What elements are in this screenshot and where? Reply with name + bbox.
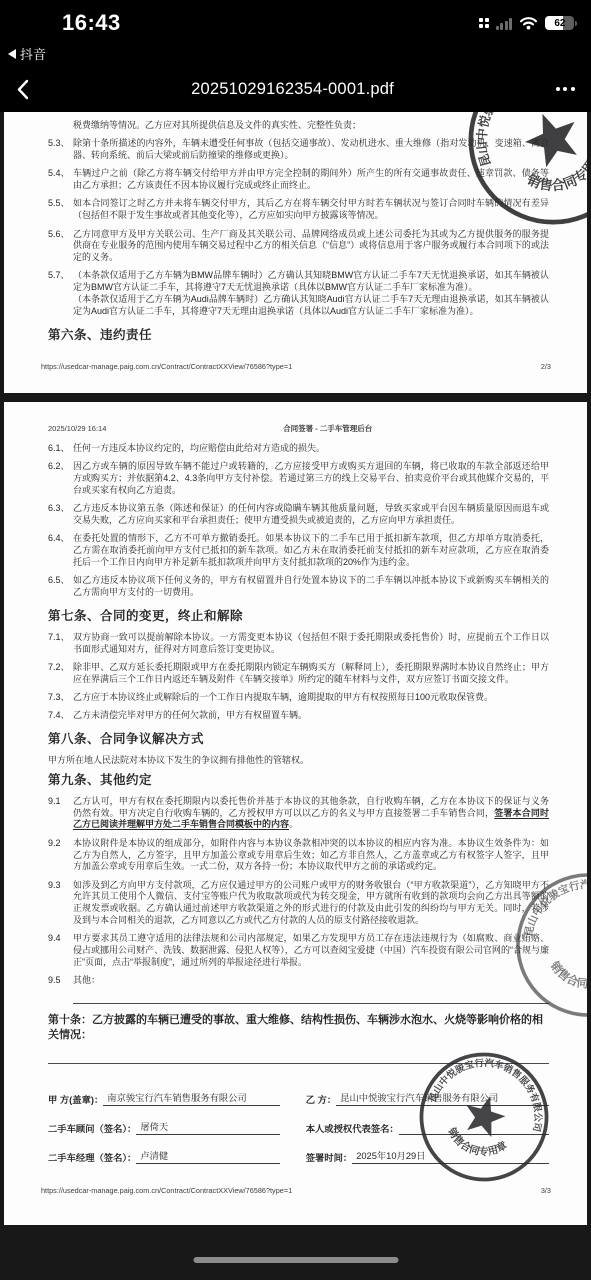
pdf-page-3: 2025/10/29 16:14 合同签署 - 二手车管理后台 6.1、 任何一… — [4, 402, 587, 1225]
ellipsis-icon — [556, 87, 560, 91]
back-triangle-icon — [8, 49, 16, 59]
back-button[interactable] — [0, 66, 46, 112]
clause-7-2: 7.2、 除非甲、乙双方延长委托期限或甲方在委托期限内锁定车辆购买方（解释同上）… — [48, 662, 549, 686]
clause-9-1: 9.1 乙方认可，甲方有权在委托期限内以委托售价并基于本协议的其他条款，自行收购… — [48, 796, 549, 831]
wifi-icon — [519, 16, 538, 30]
pdf-viewer-header: 20251029162354-0001.pdf — [0, 66, 591, 112]
clause-7-1: 7.1、 双方协商一致可以提前解除本协议。一方需变更本协议（包括但不限于委托期限… — [48, 632, 549, 656]
section-7-heading: 第七条、合同的变更，终止和解除 — [48, 608, 549, 624]
manager-row: 二手车经理（签名）： 卢清健 — [48, 1150, 280, 1164]
advisor-signature: 屠倚天 — [136, 1121, 279, 1135]
status-icons: 62 — [479, 16, 577, 30]
back-app-label: 抖音 — [20, 44, 46, 63]
clause-9-3: 9.3 如涉及到乙方向甲方支付款项，乙方应仅通过甲方的公司账户或甲方的财务收银台… — [48, 880, 549, 927]
back-to-app-link[interactable]: 抖音 — [8, 44, 46, 63]
sign-date-row: 签署时间： 2025年10月29日 — [306, 1150, 549, 1164]
clause-5-7: 5.7、 （本条款仅适用于乙方车辆为BMW品牌车辆时）乙方确认其知晓BMW官方认… — [48, 270, 549, 317]
pdf-scroll-area[interactable]: 税费缴纳等情况。乙方应对其所提供信息及文件的真实性、完整性负责； 5.3、 除第… — [0, 112, 591, 1280]
clause-6-5: 6.5、 如乙方违反本协议项下任何义务的，甲方有权留置并自行处置本协议下的二手车… — [48, 575, 549, 599]
clause-9-4: 9.4 甲方要求其员工遵守适用的法律法规和公司内部规定，如果乙方发现甲方员工存在… — [48, 933, 549, 968]
clause-7-3: 7.3、 乙方应于本协议终止或解除后的一个工作日内提取车辆，逾期提取的甲方有权按… — [48, 692, 549, 704]
pdf-title: 20251029162354-0001.pdf — [46, 80, 539, 99]
clause-9-5: 9.5 其他： — [48, 975, 549, 987]
chevron-left-icon — [17, 79, 29, 100]
source-url: https://usedcar-manage.paig.com.cn/Contr… — [41, 1185, 292, 1197]
pdf-page-2: 税费缴纳等情况。乙方应对其所提供信息及文件的真实性、完整性负责； 5.3、 除第… — [4, 112, 587, 393]
clause-5-4: 5.4、 车辆过户之前（除乙方将车辆交付给甲方并由甲方完全控制的期间外）所产生的… — [48, 168, 549, 192]
section-8-heading: 第八条、合同争议解决方式 — [48, 731, 549, 747]
representative-signature — [399, 1133, 549, 1135]
section-9-heading: 第九条、其他约定 — [48, 772, 549, 788]
page-3-footer: https://usedcar-manage.paig.com.cn/Contr… — [41, 1185, 551, 1197]
clause-5-6: 5.6、 乙方同意甲方及甲方关联公司、生产厂商及其关联公司、品牌网络成员或上述公… — [48, 229, 549, 264]
page-2-footer: https://usedcar-manage.paig.com.cn/Contr… — [41, 361, 551, 373]
print-timestamp: 2025/10/29 16:14 — [48, 424, 106, 433]
party-a-name: 南京骏宝行汽车销售服务有限公司 — [103, 1092, 279, 1106]
party-b-row: 乙 方： 昆山中悦骏宝行汽车销售服务有限公司 — [306, 1092, 549, 1106]
clause-6-1: 6.1、 任何一方违反本协议约定的，均应赔偿由此给对方造成的损失。 — [48, 443, 549, 455]
section-10-heading: 第十条：乙方披露的车辆已遭受的事故、重大维修、结构性损伤、车辆涉水泡水、火烧等影… — [48, 1013, 549, 1043]
clause-5-3: 5.3、 除第十条所描述的内容外，车辆未遭受任何事故（包括交通事故）、发动机进水… — [48, 138, 549, 162]
document-source-title: 合同签署 - 二手车管理后台 — [106, 424, 549, 433]
source-url: https://usedcar-manage.paig.com.cn/Contr… — [41, 361, 292, 373]
page-number: 2/3 — [541, 361, 551, 373]
party-b-name: 昆山中悦骏宝行汽车销售服务有限公司 — [336, 1092, 549, 1106]
clause-9-2: 9.2 本协议附件是本协议的组成部分，如附件内容与本协议条款相冲突的以本协议的相… — [48, 838, 549, 873]
manager-signature: 卢清健 — [136, 1150, 279, 1164]
clause-7-4: 7.4、 乙方未清偿完毕对甲方的任何欠款前，甲方有权留置车辆。 — [48, 710, 549, 722]
cellular-signal-icon — [479, 18, 489, 28]
clock: 16:43 — [62, 10, 121, 36]
status-bar: 16:43 抖音 62 — [0, 0, 591, 66]
clause-8-text: 甲方所在地人民法院对本协议下发生的争议拥有排他性的管辖权。 — [48, 755, 549, 767]
clause-6-2: 6.2、 因乙方或车辆的原因导致车辆不能过户或转籍的，乙方应接受甲方或购买方退回… — [48, 461, 549, 496]
clause-6-4: 6.4、 在委托处置的情形下，乙方不可单方撤销委托。如果本协议下的二手车已用于抵… — [48, 533, 549, 568]
battery-percent: 62 — [554, 18, 565, 29]
representative-row: 本人或授权代表签名： — [306, 1121, 549, 1135]
cellular-signal2-icon — [496, 17, 513, 30]
clause-5-2-continuation: 税费缴纳等情况。乙方应对其所提供信息及文件的真实性、完整性负责； — [73, 120, 549, 132]
phone-screen: 16:43 抖音 62 20251029162354-0001.pd — [0, 0, 591, 1280]
fill-in-line — [48, 1051, 549, 1064]
more-options-button[interactable] — [539, 66, 591, 112]
advisor-row: 二手车顾问（签名）： 屠倚天 — [48, 1121, 280, 1135]
page-number: 3/3 — [541, 1185, 551, 1197]
sign-date: 2025年10月29日 — [352, 1150, 549, 1164]
svg-text:销售合同专用章: 销售合同专用章 — [545, 957, 587, 996]
battery-icon: 62 — [545, 16, 577, 30]
pdf-page-header: 2025/10/29 16:14 合同签署 - 二手车管理后台 — [48, 424, 549, 433]
clause-6-3: 6.3、 乙方违反本协议第五条（陈述和保证）的任何内容或隐瞒车辆其他质量问题，导… — [48, 503, 549, 527]
home-indicator[interactable] — [193, 1257, 398, 1264]
clause-5-5: 5.5、 如本合同签订之时乙方并未将车辆交付甲方，其后乙方在将车辆交付甲方时若车… — [48, 198, 549, 222]
fill-in-line — [73, 991, 549, 1004]
signature-block: 甲 方(盖章)： 南京骏宝行汽车销售服务有限公司 乙 方： 昆山中悦骏宝行汽车销… — [48, 1092, 549, 1164]
party-a-row: 甲 方(盖章)： 南京骏宝行汽车销售服务有限公司 — [48, 1092, 280, 1106]
section-6-heading: 第六条、违约责任 — [48, 327, 549, 343]
